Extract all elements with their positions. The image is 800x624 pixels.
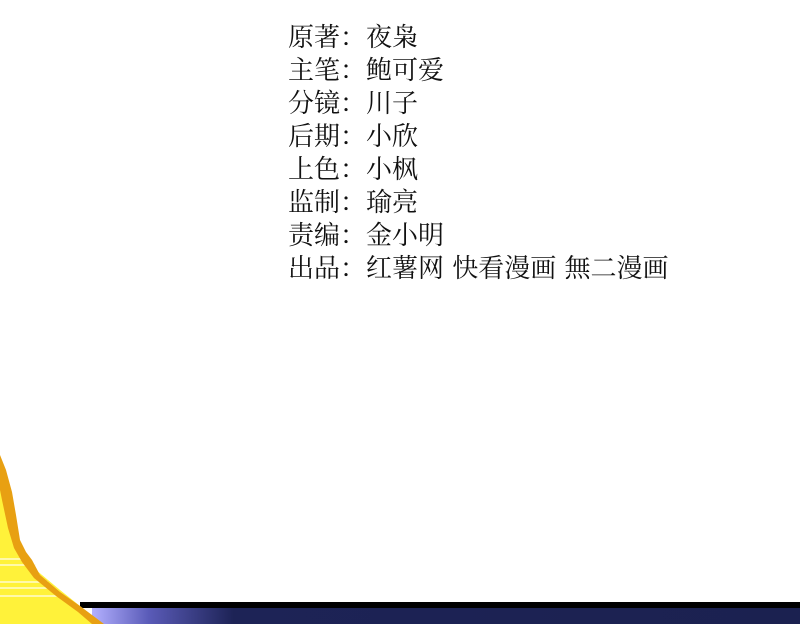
credit-name: 夜枭 (366, 22, 418, 55)
credit-colon: ： (340, 220, 366, 253)
yellow-burst (0, 470, 98, 624)
credit-role: 主笔 (288, 55, 340, 88)
credit-name: 鲍可爱 (366, 55, 444, 88)
bottom-navy-panel (92, 608, 800, 624)
credit-colon: ： (340, 88, 366, 121)
credit-colon: ： (340, 22, 366, 55)
credit-colon: ： (340, 154, 366, 187)
credit-colon: ： (340, 187, 366, 220)
bottom-black-bar (80, 602, 800, 608)
credit-row-post-production: 后期：小欣 (288, 121, 669, 154)
speed-lines (0, 559, 58, 596)
credit-role: 原著 (288, 22, 340, 55)
credit-name: 瑜亮 (366, 187, 418, 220)
credit-row-coloring: 上色：小枫 (288, 154, 669, 187)
credit-colon: ： (340, 55, 366, 88)
credit-role: 责编 (288, 220, 340, 253)
credit-name: 金小明 (366, 220, 444, 253)
credit-row-publisher: 出品：红薯网 快看漫画 無二漫画 (288, 253, 669, 286)
credit-colon: ： (340, 253, 366, 286)
credit-role: 上色 (288, 154, 340, 187)
credit-name: 川子 (366, 88, 418, 121)
credit-row-storyboard: 分镜：川子 (288, 88, 669, 121)
comic-credits-page: 原著：夜枭 主笔：鲍可爱 分镜：川子 后期：小欣 上色：小枫 监制：瑜亮 责编：… (0, 0, 800, 624)
credits-list: 原著：夜枭 主笔：鲍可爱 分镜：川子 后期：小欣 上色：小枫 监制：瑜亮 责编：… (288, 22, 669, 286)
credit-role: 监制 (288, 187, 340, 220)
credit-name: 小欣 (366, 121, 418, 154)
orange-edge (0, 455, 104, 624)
credit-row-supervisor: 监制：瑜亮 (288, 187, 669, 220)
credit-role: 后期 (288, 121, 340, 154)
credit-row-original-author: 原著：夜枭 (288, 22, 669, 55)
credit-row-editor: 责编：金小明 (288, 220, 669, 253)
credit-role: 出品 (288, 253, 340, 286)
credit-row-lead-artist: 主笔：鲍可爱 (288, 55, 669, 88)
credit-colon: ： (340, 121, 366, 154)
credit-name: 小枫 (366, 154, 418, 187)
credit-name: 红薯网 快看漫画 無二漫画 (366, 253, 669, 286)
credit-role: 分镜 (288, 88, 340, 121)
